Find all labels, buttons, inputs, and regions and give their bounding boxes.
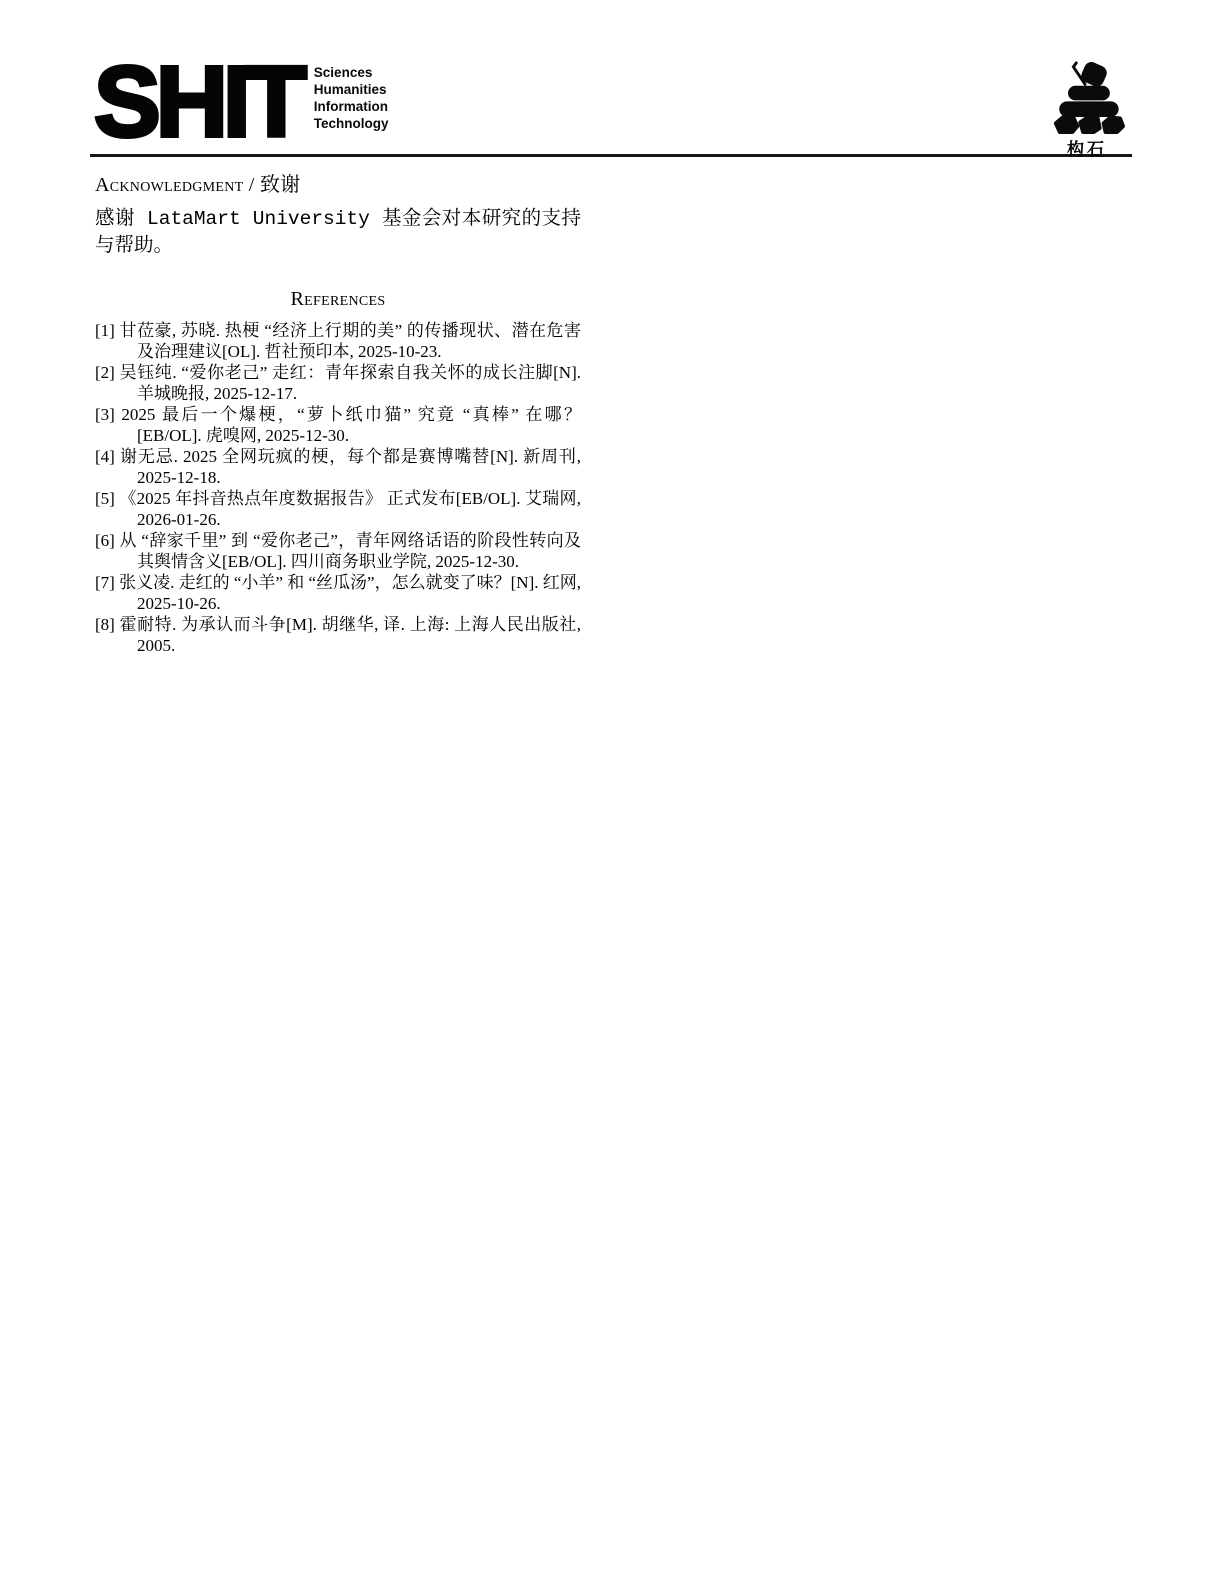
reference-label: [3] [95, 405, 115, 424]
acknowledgment-text: 感谢 LataMart University 基金会对本研究的支持与帮助。 [95, 206, 581, 259]
reference-text: 谢无忌. 2025 全网玩疯的梗，每个都是赛博嘴替[N]. 新周刊, 2025-… [120, 447, 581, 487]
reference-text: 从 “辞家千里” 到 “爱你老己”，青年网络话语的阶段性转向及其舆情含义[EB/… [119, 531, 581, 571]
reference-text: 2025 最后一个爆梗，“萝卜纸巾猫” 究竟 “真棒” 在哪？[EB/OL]. … [121, 405, 581, 445]
reference-item: [4] 谢无忌. 2025 全网玩疯的梗，每个都是赛博嘴替[N]. 新周刊, 2… [95, 446, 581, 488]
tagline-line-humanities: Humanities [314, 81, 389, 98]
references-list: [1] 甘莅豪, 苏晓. 热梗 “经济上行期的美” 的传播现状、潜在危害及治理建… [95, 320, 581, 656]
journal-tagline: Sciences Humanities Information Technolo… [314, 52, 389, 132]
reference-text: 张义凌. 走红的 “小羊” 和 “丝瓜汤”，怎么就变了味？[N]. 红网, 20… [119, 573, 581, 613]
journal-brand: SHIT Sciences Humanities Information Tec… [94, 52, 389, 146]
reference-item: [5] 《2025 年抖音热点年度数据报告》 正式发布[EB/OL]. 艾瑞网,… [95, 488, 581, 530]
reference-item: [3] 2025 最后一个爆梗，“萝卜纸巾猫” 究竟 “真棒” 在哪？[EB/O… [95, 404, 581, 446]
publisher-logo-block: 构石 [1042, 52, 1132, 160]
tagline-line-information: Information [314, 98, 389, 115]
publisher-label: 构石 [1067, 135, 1107, 160]
reference-label: [8] [95, 615, 115, 634]
reference-item: [1] 甘莅豪, 苏晓. 热梗 “经济上行期的美” 的传播现状、潜在危害及治理建… [95, 320, 581, 362]
reference-item: [7] 张义凌. 走红的 “小羊” 和 “丝瓜汤”，怎么就变了味？[N]. 红网… [95, 572, 581, 614]
tagline-line-sciences: Sciences [314, 64, 389, 81]
reference-text: 甘莅豪, 苏晓. 热梗 “经济上行期的美” 的传播现状、潜在危害及治理建议[OL… [120, 321, 581, 361]
reference-text: 吴钰纯. “爱你老己” 走红：青年探索自我关怀的成长注脚[N]. 羊城晚报, 2… [120, 363, 581, 403]
journal-logo-shit: SHIT [94, 52, 302, 146]
reference-label: [6] [95, 531, 115, 550]
reference-item: [8] 霍耐特. 为承认而斗争[M]. 胡继华, 译. 上海: 上海人民出版社,… [95, 614, 581, 656]
reference-text: 《2025 年抖音热点年度数据报告》 正式发布[EB/OL]. 艾瑞网, 202… [119, 489, 581, 529]
reference-label: [5] [95, 489, 115, 508]
reference-item: [6] 从 “辞家千里” 到 “爱你老己”，青年网络话语的阶段性转向及其舆情含义… [95, 530, 581, 572]
reference-label: [7] [95, 573, 115, 592]
reference-label: [2] [95, 363, 115, 382]
reference-text: 霍耐特. 为承认而斗争[M]. 胡继华, 译. 上海: 上海人民出版社, 200… [120, 615, 581, 655]
acknowledgment-heading: Acknowledgment / 致谢 [95, 173, 581, 197]
stone-pile-icon [1048, 60, 1126, 134]
reference-item: [2] 吴钰纯. “爱你老己” 走红：青年探索自我关怀的成长注脚[N]. 羊城晚… [95, 362, 581, 404]
reference-label: [1] [95, 321, 115, 340]
reference-label: [4] [95, 447, 115, 466]
tagline-line-technology: Technology [314, 115, 389, 132]
journal-header: SHIT Sciences Humanities Information Tec… [94, 52, 1132, 152]
article-column: Acknowledgment / 致谢 感谢 LataMart Universi… [95, 173, 581, 656]
references-heading: References [95, 288, 581, 311]
document-page: SHIT Sciences Humanities Information Tec… [0, 0, 1224, 1584]
